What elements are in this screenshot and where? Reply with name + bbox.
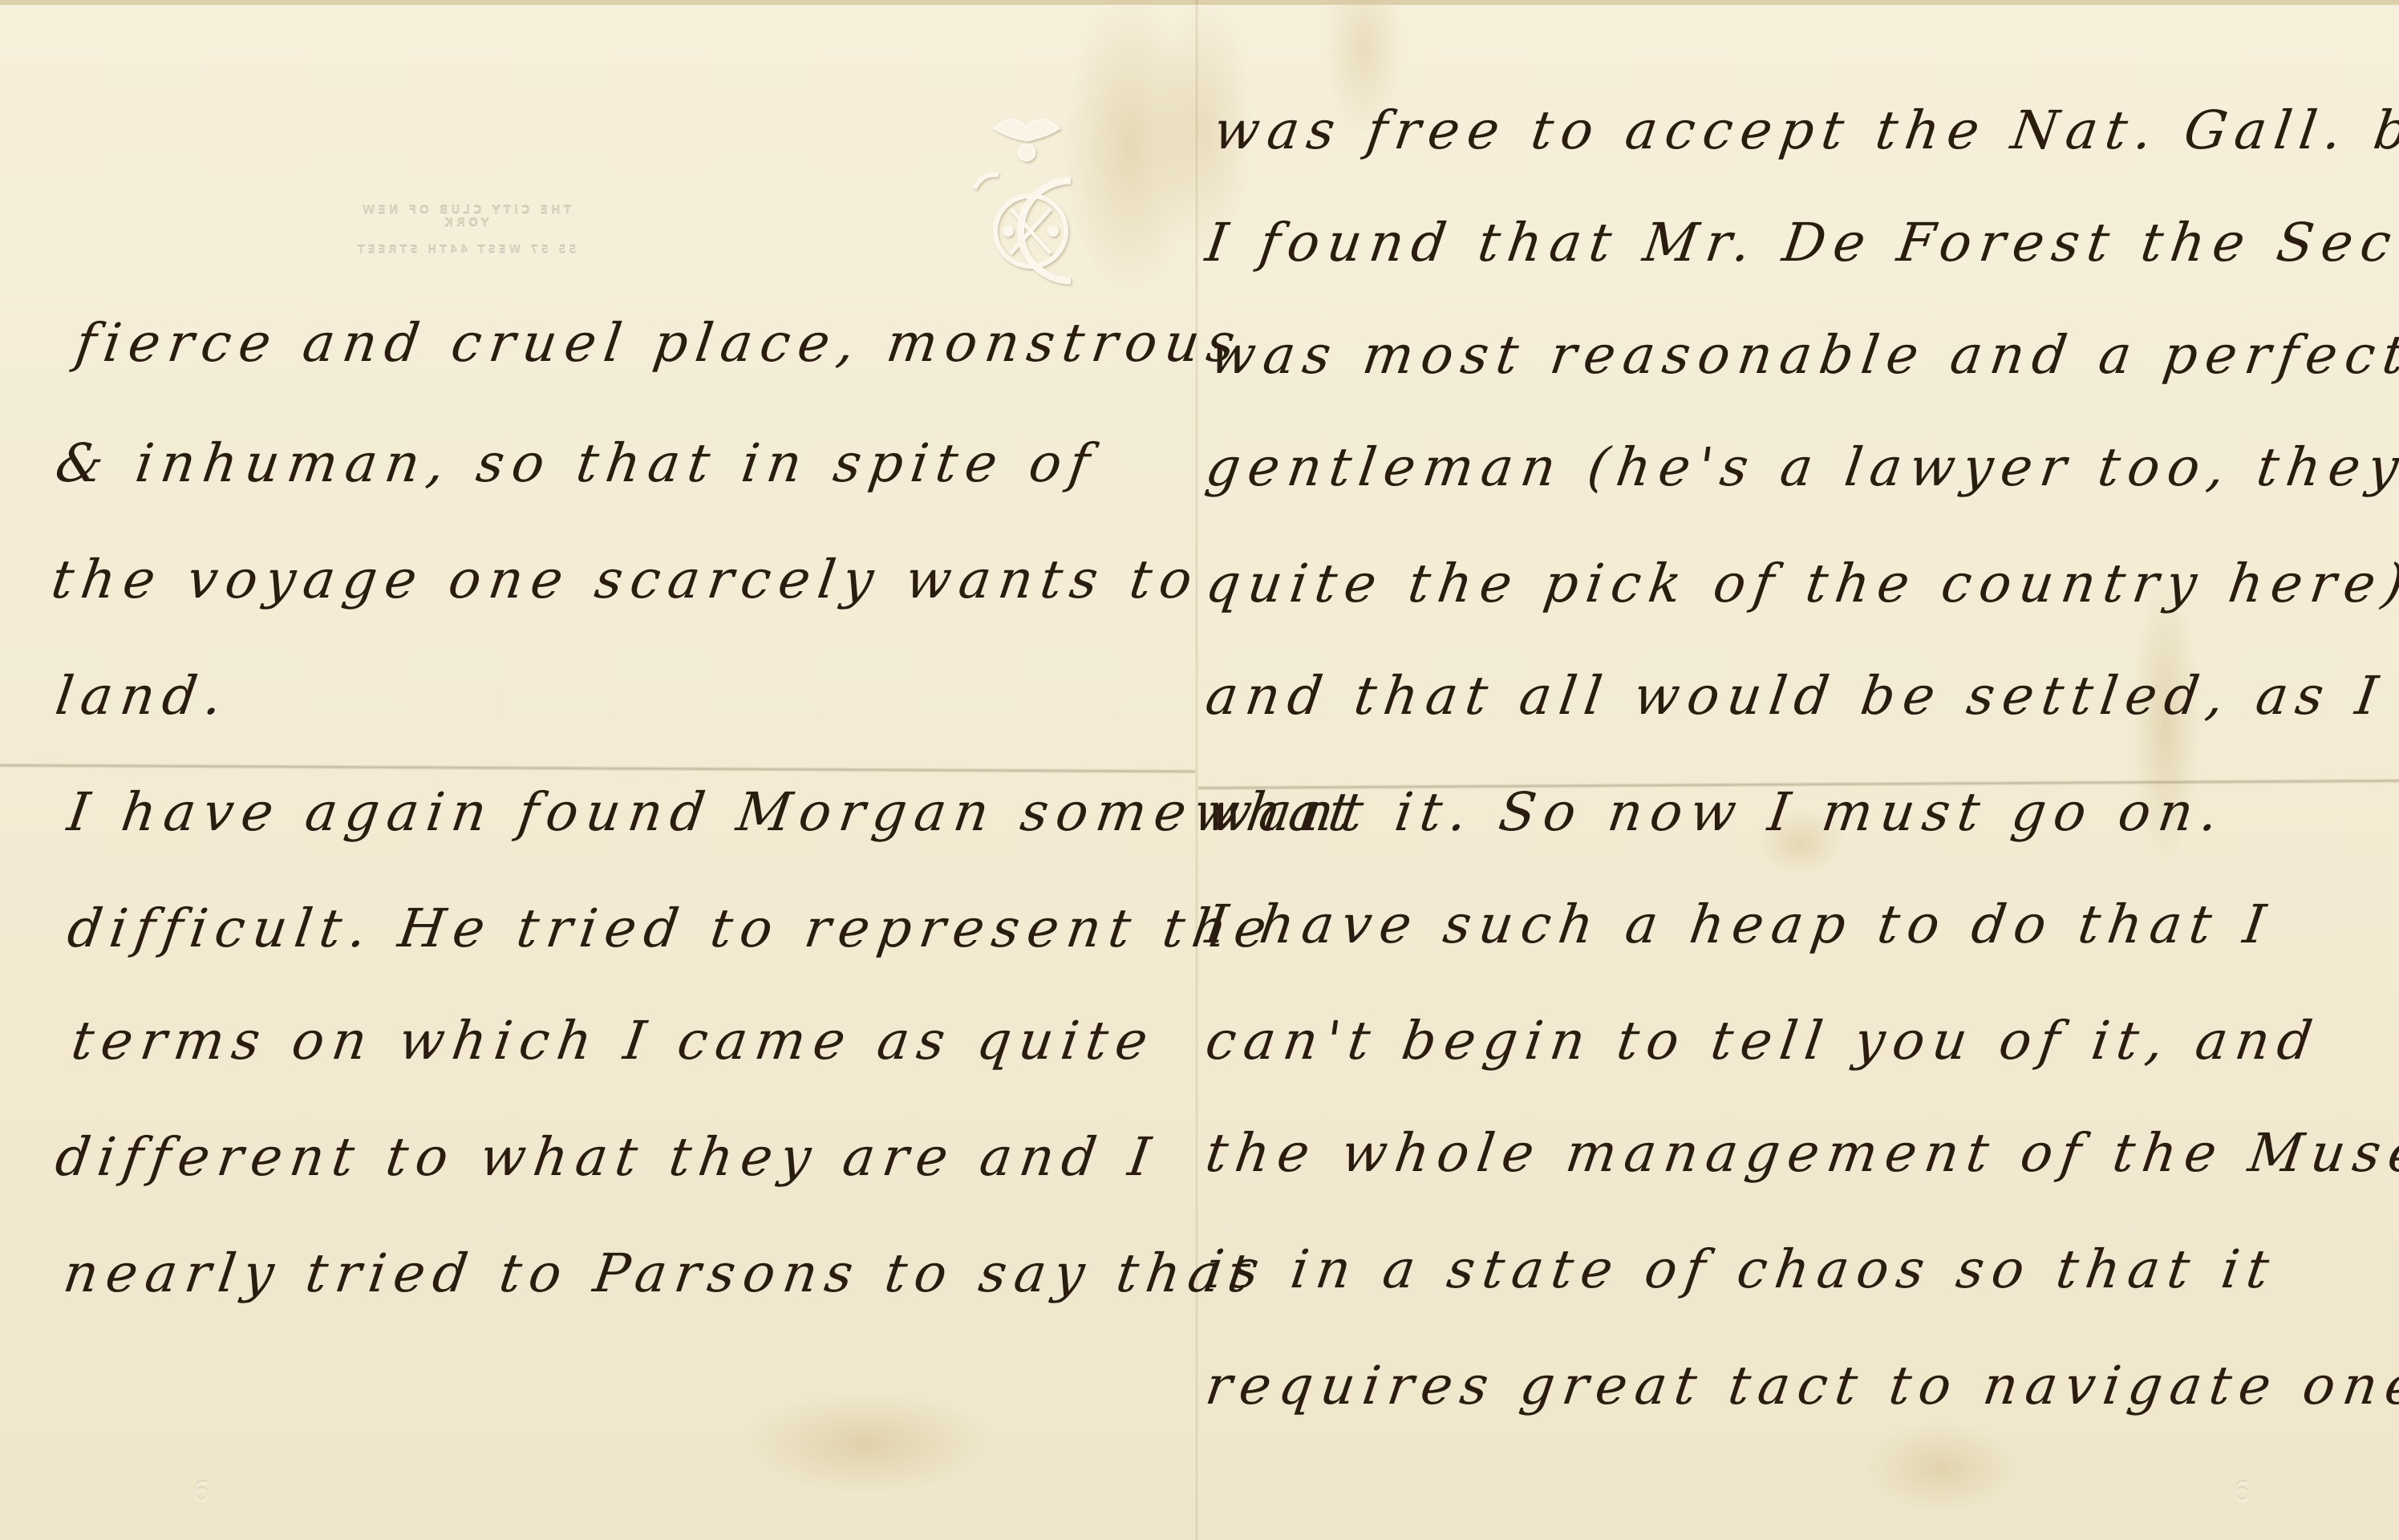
handwritten-line: difficult. He tried to represent the (64, 902, 1277, 955)
handwritten-line: terms on which I came as quite (68, 1015, 1158, 1068)
handwritten-line: different to what they are and I (52, 1131, 1161, 1184)
embossed-page-mark: 6 (2233, 1476, 2257, 1508)
handwritten-line: & inhuman, so that in spite of (52, 437, 1100, 490)
handwritten-line: can't begin to tell you of it, and (1202, 1015, 2323, 1068)
handwritten-line: I found that Mr. De Forest the Secretary (1202, 217, 2399, 269)
left-page: fierce and cruel place, monstrous & inhu… (0, 0, 1195, 1540)
handwritten-line: fierce and cruel place, monstrous (72, 317, 1246, 370)
right-page: was free to accept the Nat. Gall. but I … (1198, 0, 2399, 1540)
handwritten-line: and that all would be settled, as I (1202, 670, 2389, 723)
handwritten-line: was free to accept the Nat. Gall. but (1210, 104, 2399, 157)
handwritten-line: land. (52, 670, 233, 723)
handwritten-line: was most reasonable and a perfect (1206, 329, 2399, 382)
letter-scan: THE CITY CLUB OF NEW YORK 55 57 WEST 44T… (0, 0, 2399, 1540)
handwritten-line: requires great tact to navigate one's (1202, 1360, 2399, 1412)
handwritten-line: I have again found Morgan somewhat (64, 786, 1362, 839)
handwritten-line: gentleman (he's a lawyer too, they are (1202, 441, 2399, 494)
handwritten-line: the voyage one scarcely wants to (48, 553, 1203, 606)
handwritten-line: nearly tried to Parsons to say that (60, 1247, 1261, 1300)
handwritten-line: the whole management of the Museum (1202, 1127, 2399, 1180)
handwritten-line: quite the pick of the country here) (1202, 557, 2399, 610)
handwritten-line: is in a state of chaos so that it (1202, 1243, 2279, 1296)
embossed-page-mark: 6 (192, 1476, 217, 1508)
handwritten-line: I have such a heap to do that I (1202, 898, 2276, 951)
handwritten-line: want it. So now I must go on. (1202, 786, 2229, 839)
